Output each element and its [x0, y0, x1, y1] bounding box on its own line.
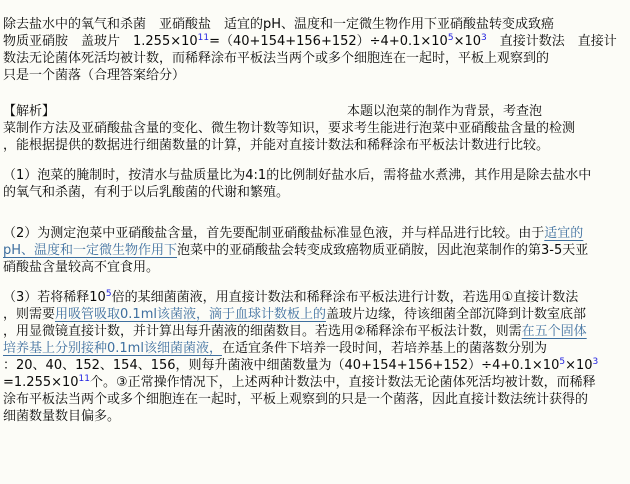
superscript: 11	[79, 374, 90, 384]
text-segment: 泡菜中的亚硝酸盐会转变成致癌物质亚硝胺，因此泡菜制作的第3-5天亚	[177, 243, 588, 258]
text-line: ：20、40、152、154、156，则每升菌液中细菌数量为（40+154+15…	[3, 357, 628, 374]
text-line: 只是一个菌落（合理答案给分）	[3, 67, 628, 84]
text-line: ，能根据提供的数据进行细菌数量的计算，并能对直接计数法和稀释涂布平板法计数进行比…	[3, 137, 628, 154]
highlighted-text: pH、温度和一定微生物作用下	[3, 243, 177, 258]
text-segment: 倍的某细菌菌液，用直接计数法和稀释涂布平板法进行计数，若选用①直接计数法	[112, 290, 579, 305]
superscript: 3	[481, 33, 487, 43]
text-line: 物质亚硝胺 盖玻片 1.255×1011=（40+154+156+152）÷4+…	[3, 33, 628, 50]
highlighted-text: 在五个固体	[522, 324, 587, 339]
text-segment: ：20、40、152、154、156，则每升菌液中细菌数量为（40+154+15…	[3, 358, 559, 373]
text-line: ，则需要用吸管吸取0.1ml该菌液，滴于血球计数板上的盖玻片边缘，待该细菌全部沉…	[3, 306, 628, 323]
highlighted-text: 适宜的	[544, 226, 583, 241]
text-segment: （2）为测定泡菜中亚硝酸盐含量，首先要配制亚硝酸盐标准显色液，并与样品进行比较。…	[3, 226, 544, 241]
text-segment: 菜制作方法及亚硝酸盐含量的变化、微生物计数等知识，要求考生能进行泡菜中亚硝酸盐含…	[3, 121, 575, 136]
text-line: 培养基上分别接种0.1ml该细菌菌液，在适宜条件下培养一段时间，若培养基上的菌落…	[3, 340, 628, 357]
block-point3: （3）若将稀释105倍的某细菌菌液，用直接计数法和稀释涂布平板法进行计数，若选用…	[3, 289, 628, 425]
text-segment: ，能根据提供的数据进行细菌数量的计算，并能对直接计数法和稀释涂布平板法计数进行比…	[3, 138, 549, 153]
text-segment: 物质亚硝胺 盖玻片 1.255×10	[3, 34, 198, 49]
text-segment: 涂布平板法当两个或多个细胞连在一起时，平板上观察到的只是一个菌落，因此直接计数法…	[3, 392, 588, 407]
text-segment: ×10	[454, 34, 481, 49]
text-segment: （3）若将稀释10	[3, 290, 106, 305]
superscript: 3	[593, 357, 599, 367]
text-segment: 【解析】	[3, 104, 55, 119]
highlighted-text: 用吸管吸取0.1ml该菌液，滴于血球计数板上的	[55, 307, 326, 322]
text-line: 硝酸盐含量较高不宜食用。	[3, 259, 628, 276]
text-line: 细菌数量数目偏多。	[3, 408, 628, 425]
text-segment: 的氧气和杀菌，有利于以后乳酸菌的代谢和繁殖。	[3, 185, 289, 200]
text-line: pH、温度和一定微生物作用下泡菜中的亚硝酸盐会转变成致癌物质亚硝胺，因此泡菜制作…	[3, 242, 628, 259]
text-segment: （1）泡菜的腌制时，按清水与盐质量比为4:1的比例制好盐水后，需将盐水煮沸，其作…	[3, 168, 591, 183]
text-line: （1）泡菜的腌制时，按清水与盐质量比为4:1的比例制好盐水后，需将盐水煮沸，其作…	[3, 167, 628, 184]
superscript: 5	[448, 33, 454, 43]
text-line: （3）若将稀释105倍的某细菌菌液，用直接计数法和稀释涂布平板法进行计数，若选用…	[3, 289, 628, 306]
text-segment: 细菌数量数目偏多。	[3, 409, 120, 424]
text-segment: =（40+154+156+152）÷4+0.1×10	[209, 34, 448, 49]
block-point2: （2）为测定泡菜中亚硝酸盐含量，首先要配制亚硝酸盐标准显色液，并与样品进行比较。…	[3, 225, 628, 276]
exam-explanation-document: 除去盐水中的氧气和杀菌 亚硝酸盐 适宜的pH、温度和一定微生物作用下亚硝酸盐转变…	[0, 0, 630, 425]
text-segment: 数法无论菌体死活均被计数，而稀释涂布平板法当两个或多个细胞连在一起时，平板上观察…	[3, 51, 549, 66]
text-segment: 直接计数法 直接计	[487, 34, 617, 49]
text-segment: 个。③正常操作情况下，上述两种计数法中，直接计数法无论菌体死活均被计数，而稀释	[90, 375, 596, 390]
superscript: 11	[198, 33, 209, 43]
text-line: 【解析】本题以泡菜的制作为背景，考查泡	[3, 103, 628, 120]
block-answer: 除去盐水中的氧气和杀菌 亚硝酸盐 适宜的pH、温度和一定微生物作用下亚硝酸盐转变…	[3, 0, 628, 84]
text-segment: =1.255×10	[3, 375, 79, 390]
superscript: 5	[106, 289, 112, 299]
text-segment: ，则需要	[3, 307, 55, 322]
text-segment: 只是一个菌落（合理答案给分）	[3, 68, 185, 83]
text-line: 涂布平板法当两个或多个细胞连在一起时，平板上观察到的只是一个菌落，因此直接计数法…	[3, 391, 628, 408]
text-segment: 盖玻片边缘，待该细菌全部沉降到计数室底部	[326, 307, 586, 322]
text-line: 除去盐水中的氧气和杀菌 亚硝酸盐 适宜的pH、温度和一定微生物作用下亚硝酸盐转变…	[3, 16, 628, 33]
text-line: ，用显微镜直接计数，并计算出每升菌液的细菌数目。若选用②稀释涂布平板法计数，则需…	[3, 323, 628, 340]
text-segment: ，用显微镜直接计数，并计算出每升菌液的细菌数目。若选用②稀释涂布平板法计数，则需	[3, 324, 522, 339]
text-line: （2）为测定泡菜中亚硝酸盐含量，首先要配制亚硝酸盐标准显色液，并与样品进行比较。…	[3, 225, 628, 242]
block-point1: （1）泡菜的腌制时，按清水与盐质量比为4:1的比例制好盐水后，需将盐水煮沸，其作…	[3, 167, 628, 201]
text-segment: 本题以泡菜的制作为背景，考查泡	[347, 104, 542, 119]
text-segment: 硝酸盐含量较高不宜食用。	[3, 260, 159, 275]
text-segment: ×10	[565, 358, 592, 373]
text-line: 数法无论菌体死活均被计数，而稀释涂布平板法当两个或多个细胞连在一起时，平板上观察…	[3, 50, 628, 67]
text-segment: 除去盐水中的氧气和杀菌 亚硝酸盐 适宜的pH、温度和一定微生物作用下亚硝酸盐转变…	[3, 17, 554, 32]
text-segment: 在适宜条件下培养一段时间，若培养基上的菌落数分别为	[222, 341, 547, 356]
text-line: 的氧气和杀菌，有利于以后乳酸菌的代谢和繁殖。	[3, 184, 628, 201]
highlighted-text: 培养基上分别接种0.1ml该细菌菌液，	[3, 341, 222, 356]
text-line: 菜制作方法及亚硝酸盐含量的变化、微生物计数等知识，要求考生能进行泡菜中亚硝酸盐含…	[3, 120, 628, 137]
text-line: =1.255×1011个。③正常操作情况下，上述两种计数法中，直接计数法无论菌体…	[3, 374, 628, 391]
superscript: 5	[559, 357, 565, 367]
block-analysis: 【解析】本题以泡菜的制作为背景，考查泡菜制作方法及亚硝酸盐含量的变化、微生物计数…	[3, 103, 628, 154]
